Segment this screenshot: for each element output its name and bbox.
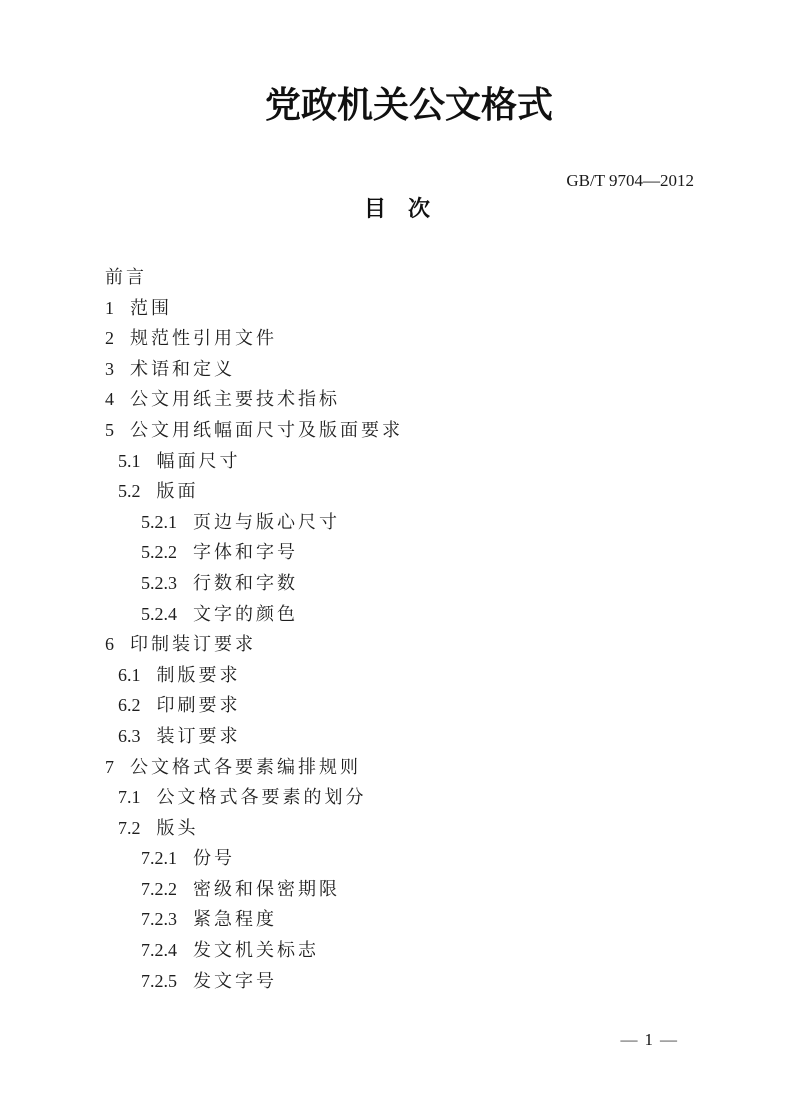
toc-item-number: 5.2.1: [141, 507, 177, 538]
toc-item-number: 5.1: [118, 446, 141, 477]
toc-item-number: 7.2.4: [141, 935, 177, 966]
toc-item-label: 文字的颜色: [193, 604, 298, 624]
toc-item-label: 公文格式各要素的划分: [157, 787, 367, 807]
toc-item-number: 2: [105, 323, 114, 354]
toc-item-number: 7.2.5: [141, 966, 177, 997]
toc-item-label: 字体和字号: [193, 542, 298, 562]
toc-item: 7公文格式各要素编排规则: [105, 752, 705, 783]
toc-item-number: 7.2.3: [141, 904, 177, 935]
toc-item: 7.2.4发文机关标志: [105, 935, 705, 966]
toc-item-number: 7.1: [118, 782, 141, 813]
toc-item-label: 制版要求: [157, 665, 241, 685]
toc-item-number: 4: [105, 384, 114, 415]
toc-item: 6印制装订要求: [105, 629, 705, 660]
toc-item-number: 5.2.3: [141, 568, 177, 599]
toc-item-number: 5.2: [118, 476, 141, 507]
toc-item-number: 5.2.4: [141, 599, 177, 630]
toc-item: 6.2印刷要求: [105, 690, 705, 721]
toc-item: 6.1制版要求: [105, 660, 705, 691]
document-page: 党政机关公文格式 GB/T 9704—2012 目 次 前言1范围2规范性引用文…: [0, 0, 794, 1108]
toc-item-number: 1: [105, 293, 114, 324]
toc-item-label: 紧急程度: [193, 909, 277, 929]
toc-item-label: 公文用纸主要技术指标: [130, 389, 340, 409]
toc-item: 7.1公文格式各要素的划分: [105, 782, 705, 813]
toc-item: 7.2.1份号: [105, 843, 705, 874]
toc-item: 7.2版头: [105, 813, 705, 844]
toc-item: 前言: [105, 262, 705, 293]
toc-item-number: 5: [105, 415, 114, 446]
toc-item-label: 发文机关标志: [193, 940, 319, 960]
toc-item: 5.2版面: [105, 476, 705, 507]
toc-item-number: 7: [105, 752, 114, 783]
document-title: 党政机关公文格式: [0, 85, 794, 125]
toc-item: 5.2.3行数和字数: [105, 568, 705, 599]
toc-item-label: 份号: [193, 848, 235, 868]
toc-item-label: 前言: [105, 267, 147, 287]
toc-item: 7.2.2密级和保密期限: [105, 874, 705, 905]
toc-item: 5公文用纸幅面尺寸及版面要求: [105, 415, 705, 446]
toc-item: 2规范性引用文件: [105, 323, 705, 354]
toc-item: 5.2.2字体和字号: [105, 537, 705, 568]
toc-item-label: 密级和保密期限: [193, 879, 340, 899]
toc-item: 7.2.3紧急程度: [105, 904, 705, 935]
toc-item: 5.1幅面尺寸: [105, 446, 705, 477]
toc-item-label: 行数和字数: [193, 573, 298, 593]
page-number-dash-right: —: [660, 1030, 677, 1050]
toc-list: 前言1范围2规范性引用文件3术语和定义4公文用纸主要技术指标5公文用纸幅面尺寸及…: [105, 262, 705, 996]
toc-item: 3术语和定义: [105, 354, 705, 385]
toc-item-label: 版头: [157, 818, 199, 838]
toc-item: 5.2.4文字的颜色: [105, 599, 705, 630]
toc-heading: 目 次: [0, 196, 794, 222]
toc-item-label: 幅面尺寸: [157, 451, 241, 471]
toc-item-number: 7.2.2: [141, 874, 177, 905]
toc-item-label: 版面: [157, 481, 199, 501]
toc-item-label: 页边与版心尺寸: [193, 512, 340, 532]
toc-item-label: 印制装订要求: [130, 634, 256, 654]
toc-item-number: 7.2.1: [141, 843, 177, 874]
toc-item-label: 装订要求: [157, 726, 241, 746]
toc-item-label: 印刷要求: [157, 695, 241, 715]
standard-number: GB/T 9704—2012: [566, 171, 694, 191]
toc-item-label: 术语和定义: [130, 359, 235, 379]
toc-item: 7.2.5发文字号: [105, 966, 705, 997]
toc-item-number: 6.2: [118, 690, 141, 721]
toc-item-number: 6.1: [118, 660, 141, 691]
toc-item-number: 7.2: [118, 813, 141, 844]
toc-item-label: 发文字号: [193, 971, 277, 991]
page-footer: —1—: [621, 1030, 678, 1050]
toc-item-label: 公文用纸幅面尺寸及版面要求: [130, 420, 403, 440]
page-number: 1: [645, 1030, 654, 1050]
page-number-dash-left: —: [621, 1030, 638, 1050]
toc-item: 4公文用纸主要技术指标: [105, 384, 705, 415]
toc-item-number: 6: [105, 629, 114, 660]
toc-item: 1范围: [105, 293, 705, 324]
toc-item-label: 范围: [130, 298, 172, 318]
toc-item: 5.2.1页边与版心尺寸: [105, 507, 705, 538]
toc-item-number: 3: [105, 354, 114, 385]
toc-item-label: 公文格式各要素编排规则: [130, 757, 361, 777]
toc-item-number: 6.3: [118, 721, 141, 752]
toc-item-label: 规范性引用文件: [130, 328, 277, 348]
toc-item: 6.3装订要求: [105, 721, 705, 752]
toc-item-number: 5.2.2: [141, 537, 177, 568]
